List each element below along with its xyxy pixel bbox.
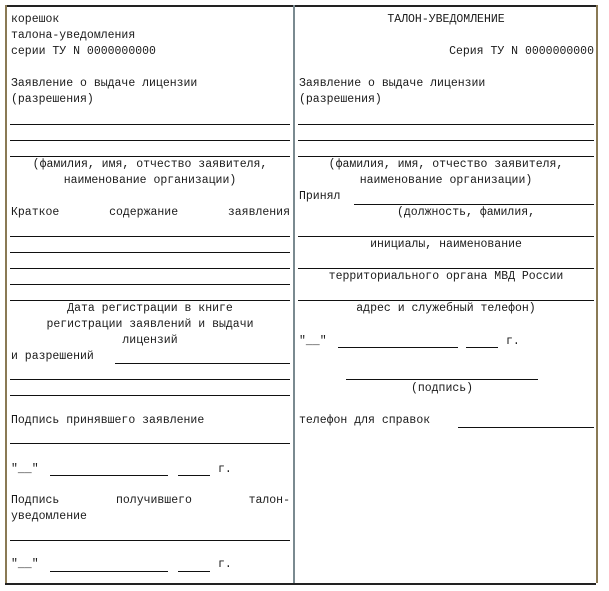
notice-date-year-suffix: г.	[506, 334, 520, 350]
notice-phone-line[interactable]	[458, 427, 594, 428]
stub-receiver-sign-label: Подпись получившего талон-	[11, 493, 290, 509]
notice-applicant-line-1[interactable]	[298, 124, 594, 125]
notice-applicant-hint: (фамилия, имя, отчество заявителя,	[298, 157, 594, 173]
notice-position-hint-4: адрес и служебный телефон)	[298, 301, 594, 317]
notice-title: ТАЛОН-УВЕДОМЛЕНИЕ	[296, 12, 596, 28]
stub-applicant-hint: (фамилия, имя, отчество заявителя,	[10, 157, 290, 173]
receiver-word: талон-	[249, 493, 290, 509]
stub-summary-line-1[interactable]	[10, 236, 290, 237]
notice-signature-line[interactable]	[346, 379, 538, 380]
stub-reg-date-line[interactable]	[115, 363, 290, 364]
notice-date-year-line[interactable]	[466, 347, 498, 348]
stub-application-title: Заявление о выдаче лицензии	[11, 76, 197, 92]
notice-position-hint-3: территориального органа МВД России	[298, 269, 594, 285]
stub-applicant-hint-2: наименование организации)	[10, 173, 290, 189]
stub-accepted-sign-line[interactable]	[10, 443, 290, 444]
notice-date-month-line[interactable]	[338, 347, 458, 348]
stub-applicant-line-2[interactable]	[10, 140, 290, 141]
stub-summary-line-2[interactable]	[10, 252, 290, 253]
receiver-word: Подпись	[11, 493, 59, 509]
stub-summary-line-4[interactable]	[10, 284, 290, 285]
stub-date2-day: "__"	[11, 557, 39, 573]
right-border	[596, 5, 598, 583]
stub-receiver-sign-label-2: уведомление	[11, 509, 87, 525]
notice-accepted-label: Принял	[299, 189, 340, 205]
stub-application-subtitle: (разрешения)	[11, 92, 94, 108]
notice-position-hint: (должность, фамилия,	[397, 205, 535, 221]
notice-signature-hint: (подпись)	[346, 381, 538, 397]
stub-date-month-line[interactable]	[50, 475, 168, 476]
stub-receiver-sign-line[interactable]	[10, 540, 290, 541]
stub-reg-date-label-2: регистрации заявлений и выдачи	[10, 317, 290, 333]
stub-reg-date-label-4: и разрешений	[11, 349, 94, 365]
stub-date2-year-suffix: г.	[218, 557, 232, 573]
notice-applicant-hint-2: наименование организации)	[298, 173, 594, 189]
summary-word: Краткое	[11, 205, 59, 221]
summary-word: заявления	[228, 205, 290, 221]
notice-position-hint-2: инициалы, наименование	[298, 237, 594, 253]
stub-reg-line-2[interactable]	[10, 379, 290, 380]
notice-application-title: Заявление о выдаче лицензии	[299, 76, 485, 92]
stub-summary-label: Краткое содержание заявления	[11, 205, 290, 221]
notice-series: Серия ТУ N 0000000000	[449, 44, 594, 60]
stub-reg-date-label-3: лицензий	[10, 333, 290, 349]
notice-application-subtitle: (разрешения)	[299, 92, 382, 108]
stub-date-year-suffix: г.	[218, 462, 232, 478]
stub-date-year-line[interactable]	[178, 475, 210, 476]
stub-date-day: "__"	[11, 462, 39, 478]
notice-date-day: "__"	[299, 334, 327, 350]
stub-summary-line-3[interactable]	[10, 268, 290, 269]
stub-reg-line-3[interactable]	[10, 395, 290, 396]
notice-phone-label: телефон для справок	[299, 413, 430, 429]
stub-series: серии ТУ N 0000000000	[11, 44, 156, 60]
left-border	[5, 5, 7, 583]
notice-applicant-line-2[interactable]	[298, 140, 594, 141]
stub-applicant-line-1[interactable]	[10, 124, 290, 125]
stub-date2-month-line[interactable]	[50, 571, 168, 572]
stub-header: корешок	[11, 12, 59, 28]
stub-header-2: талона-уведомления	[11, 28, 135, 44]
column-divider	[293, 5, 295, 583]
summary-word: содержание	[109, 205, 178, 221]
stub-accepted-sign-label: Подпись принявшего заявление	[11, 413, 204, 429]
stub-date2-year-line[interactable]	[178, 571, 210, 572]
stub-reg-date-label: Дата регистрации в книге	[10, 301, 290, 317]
receiver-word: получившего	[116, 493, 192, 509]
